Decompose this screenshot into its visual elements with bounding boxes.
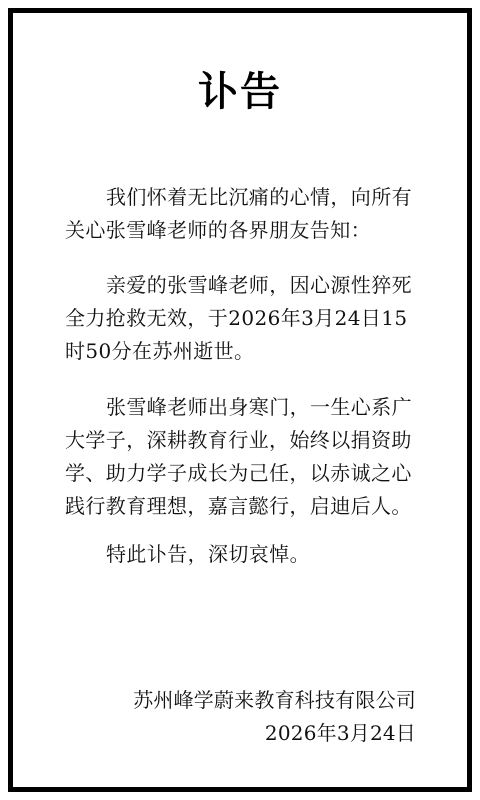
notice-paragraph-closing: 特此讣告，深切哀悼。 xyxy=(65,538,415,571)
signature-organization: 苏州峰学蔚来教育科技有限公司 xyxy=(133,684,416,717)
signature-date: 2026年3月24日 xyxy=(265,717,416,750)
notice-paragraph-death-details: 亲爱的张雪峰老师，因心源性猝死全力抢救无效，于2026年3月24日15时50分在… xyxy=(65,269,415,368)
notice-paragraph-intro: 我们怀着无比沉痛的心情，向所有关心张雪峰老师的各界朋友告知： xyxy=(65,181,415,247)
notice-title: 讣告 xyxy=(0,66,480,118)
notice-paragraph-tribute: 张雪峰老师出身寒门，一生心系广大学子，深耕教育行业，始终以捐资助学、助力学子成长… xyxy=(65,391,415,523)
